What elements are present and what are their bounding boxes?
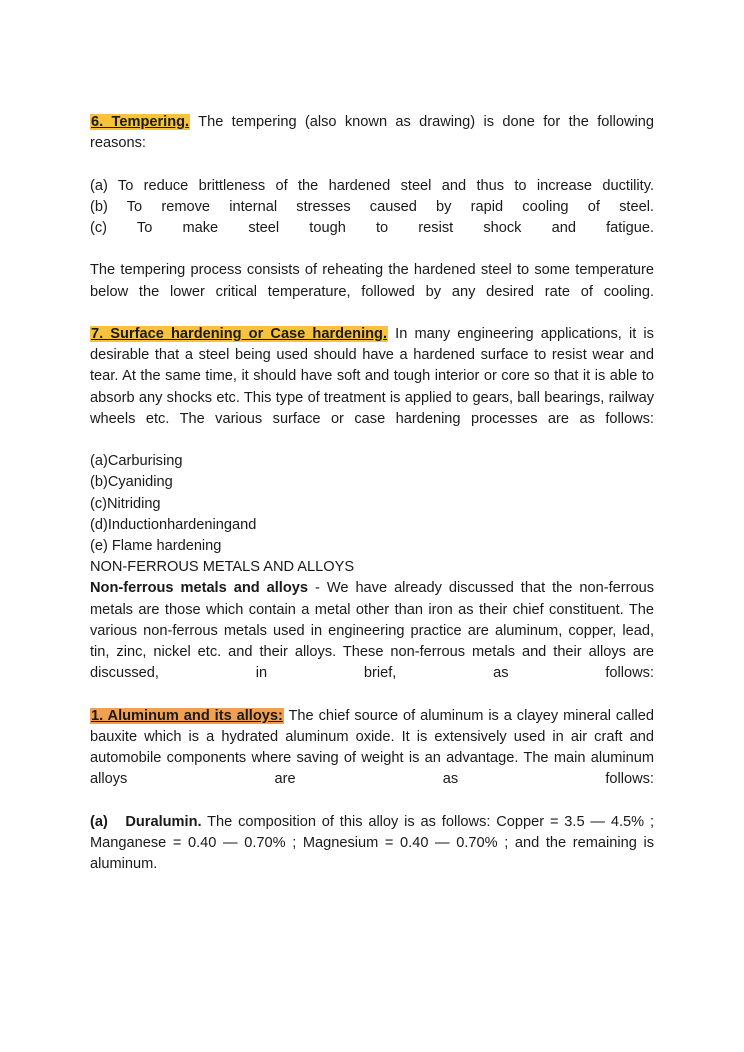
process-item-nitriding: (c)Nitriding: [90, 494, 654, 515]
tempering-reason-a: (a) To reduce brittleness of the hardene…: [90, 176, 654, 197]
aluminum-paragraph: 1. Aluminum and its alloys: The chief so…: [90, 706, 654, 791]
tempering-paragraph: 6. Tempering. The tempering (also known …: [90, 112, 654, 154]
tempering-heading: 6. Tempering.: [90, 114, 190, 130]
duralumin-label: (a) Duralumin.: [90, 814, 202, 830]
aluminum-heading: 1. Aluminum and its alloys:: [90, 708, 284, 724]
process-item-induction: (d)Inductionhardeningand: [90, 515, 654, 536]
tempering-process-paragraph: The tempering process consists of reheat…: [90, 260, 654, 302]
duralumin-paragraph: (a) Duralumin. The composition of this a…: [90, 812, 654, 876]
tempering-reason-b: (b) To remove internal stresses caused b…: [90, 197, 654, 218]
non-ferrous-title: NON-FERROUS METALS AND ALLOYS: [90, 557, 654, 578]
tempering-reason-c: (c) To make steel tough to resist shock …: [90, 218, 654, 239]
document-page: 6. Tempering. The tempering (also known …: [90, 112, 654, 875]
surface-hardening-heading: 7. Surface hardening or Case hardening.: [90, 326, 388, 342]
non-ferrous-paragraph: Non-ferrous metals and alloys - We have …: [90, 578, 654, 684]
process-item-carburising: (a)Carburising: [90, 451, 654, 472]
surface-hardening-paragraph: 7. Surface hardening or Case hardening. …: [90, 324, 654, 430]
process-item-cyaniding: (b)Cyaniding: [90, 472, 654, 493]
process-item-flame: (e) Flame hardening: [90, 536, 654, 557]
non-ferrous-lead: Non-ferrous metals and alloys: [90, 580, 308, 596]
